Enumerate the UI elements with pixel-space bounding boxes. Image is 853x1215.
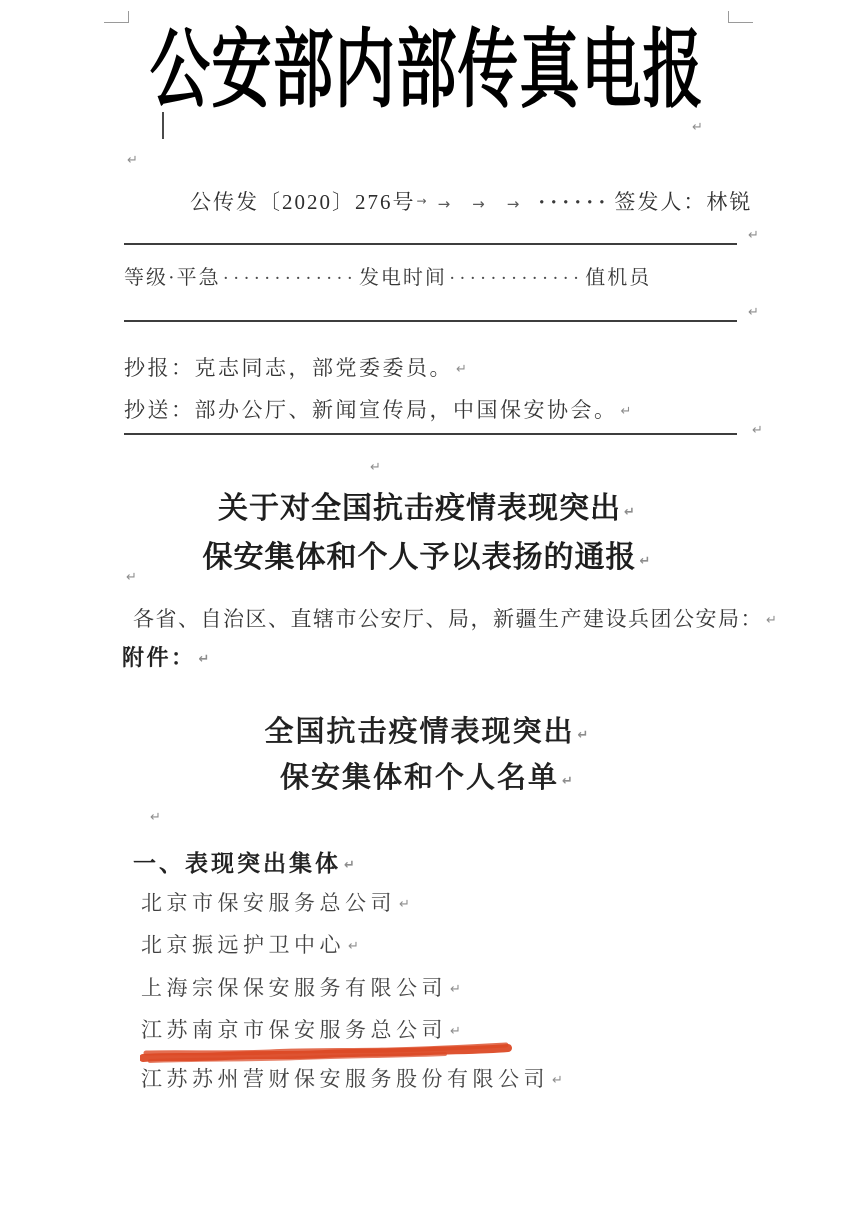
paragraph-mark: ↵ [450, 1024, 461, 1039]
tab-mark-icon: → [438, 195, 451, 213]
attachment-title-line2-text: 保安集体和个人名单 [280, 762, 559, 794]
doc-number-line: 公传发〔2020〕276号→→→→······签发人：林锐 [190, 186, 830, 216]
list-item-text: 江苏南京市保安服务总公司 [141, 1018, 447, 1042]
operator-label: 值机员 [585, 267, 651, 289]
salutation-text: 各省、自治区、直辖市公安厅、局，新疆生产建设兵团公安局： [133, 607, 763, 631]
list-item-text: 北京市保安服务总公司 [141, 891, 396, 915]
attachment-title-line1: 全国抗击疫情表现突出↵ [0, 711, 853, 757]
notice-title-line1-text: 关于对全国抗击疫情表现突出 [218, 492, 621, 525]
leader-dots: ············· [449, 268, 583, 289]
copy-report-line: 抄报：克志同志，部党委委员。↵ [124, 352, 467, 382]
tab-mark-icon: → [472, 195, 485, 213]
list-item: 上海宗保保安服务有限公司↵ [141, 972, 461, 1002]
fax-document-page: 公安部内部传真电报 ↵ ↵ 公传发〔2020〕276号→→→→······签发人… [0, 0, 853, 1215]
leader-dots: ············· [223, 268, 357, 289]
attachment-title-line2: 保安集体和个人名单↵ [0, 757, 853, 803]
grade-label: 等级·平急 [124, 267, 221, 289]
paragraph-mark: ↵ [766, 613, 777, 628]
leader-dots: ······ [538, 190, 610, 214]
section-heading-text: 一、表现突出集体 [133, 850, 341, 876]
copy-send-text: 抄送：部办公厅、新闻宣传局，中国保安协会。 [124, 398, 618, 422]
paragraph-mark: ↵ [640, 554, 651, 569]
send-time-label: 发电时间 [359, 267, 447, 289]
attachment-label-line: 附件：↵ [122, 641, 209, 672]
list-item-text: 上海宗保保安服务有限公司 [141, 976, 447, 1000]
paragraph-mark: ↵ [348, 939, 359, 954]
masthead-title: 公安部内部传真电报 [0, 18, 853, 122]
text-cursor [162, 112, 164, 139]
masthead-title-text: 公安部内部传真电报 [149, 18, 703, 122]
paragraph-mark: ↵ [578, 728, 589, 743]
attachment-title-line1-text: 全国抗击疫情表现突出 [265, 716, 575, 748]
paragraph-mark: ↵ [126, 570, 137, 585]
horizontal-rule [124, 433, 737, 435]
paragraph-mark: ↵ [552, 1073, 563, 1088]
copy-report-text: 抄报：克志同志，部党委委员。 [124, 356, 453, 380]
issuer: 签发人：林锐 [614, 190, 752, 214]
paragraph-mark: ↵ [624, 505, 635, 520]
paragraph-mark: ↵ [399, 897, 410, 912]
notice-title-line2-text: 保安集体和个人予以表扬的通报 [203, 541, 637, 574]
paragraph-mark: ↵ [752, 423, 763, 438]
tab-mark-icon: → [417, 194, 427, 208]
list-item: 北京振远护卫中心↵ [141, 929, 359, 959]
section-heading: 一、表现突出集体↵ [133, 845, 355, 878]
paragraph-mark: ↵ [692, 120, 703, 135]
paragraph-mark: ↵ [199, 652, 210, 667]
attachment-label-text: 附件： [122, 645, 196, 670]
paragraph-mark: ↵ [562, 774, 573, 789]
attachment-title: 全国抗击疫情表现突出↵ 保安集体和个人名单↵ [0, 711, 853, 803]
horizontal-rule [124, 320, 737, 322]
doc-number: 公传发〔2020〕276号 [190, 190, 416, 214]
paragraph-mark: ↵ [748, 305, 759, 320]
salutation-line: 各省、自治区、直辖市公安厅、局，新疆生产建设兵团公安局：↵ [133, 603, 777, 633]
list-item: 北京市保安服务总公司↵ [141, 887, 410, 917]
paragraph-mark: ↵ [621, 404, 632, 419]
notice-title-line1: 关于对全国抗击疫情表现突出↵ [0, 486, 853, 535]
paragraph-mark: ↵ [748, 228, 759, 243]
list-item-text: 江苏苏州营财保安服务股份有限公司 [141, 1067, 549, 1091]
paragraph-mark: ↵ [127, 153, 138, 168]
paragraph-mark: ↵ [150, 810, 161, 825]
horizontal-rule [124, 243, 737, 245]
list-item: 江苏苏州营财保安服务股份有限公司↵ [141, 1063, 563, 1093]
grade-line: 等级·平急·············发电时间·············值机员 [124, 261, 764, 290]
copy-send-line: 抄送：部办公厅、新闻宣传局，中国保安协会。↵ [124, 394, 631, 424]
paragraph-mark: ↵ [370, 460, 381, 475]
paragraph-mark: ↵ [450, 982, 461, 997]
tab-mark-icon: → [507, 195, 520, 213]
paragraph-mark: ↵ [344, 858, 355, 873]
list-item-text: 北京振远护卫中心 [141, 933, 345, 957]
paragraph-mark: ↵ [456, 362, 467, 377]
